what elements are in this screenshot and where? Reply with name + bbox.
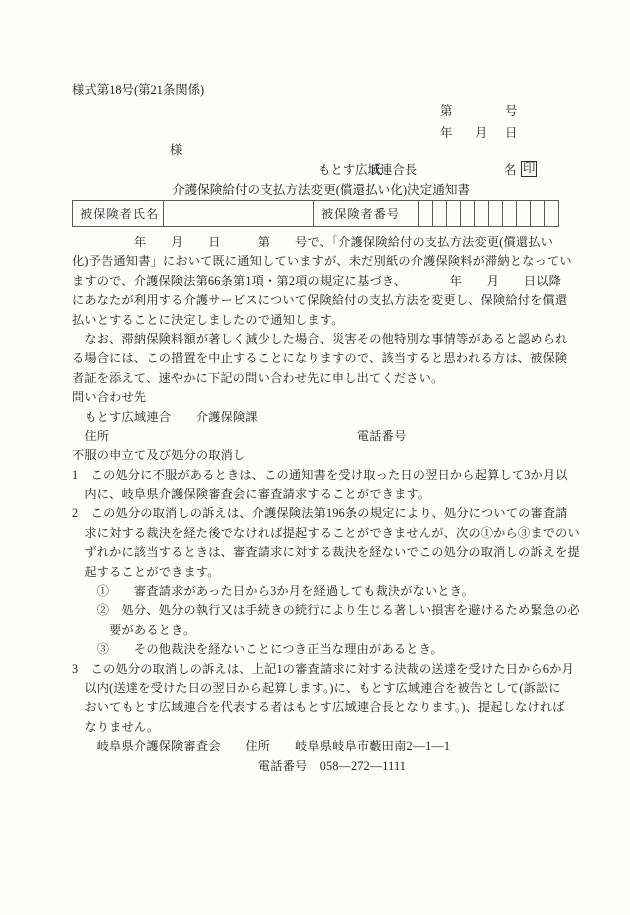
text-line: 岐阜県介護保険審査会 住所 岐阜県岐阜市藪田南2―1―1 bbox=[72, 737, 570, 756]
text-line: 電話番号 058―272―1111 bbox=[72, 757, 570, 776]
insured-number-cells bbox=[419, 200, 559, 227]
text-line: ① 審査請求があった日から3か月を経過しても裁決がないとき。 bbox=[72, 582, 570, 601]
text-line: 不服の申立て及び処分の取消し bbox=[72, 446, 570, 465]
insured-number-label: 被保険者番号 bbox=[313, 200, 419, 227]
text-line: ますので、介護保険法第66条第1項・第2項の規定に基づき、 年 月 日以降 bbox=[72, 272, 570, 291]
issue-date-month-label: 月 bbox=[475, 126, 487, 140]
insured-name-label: 被保険者氏名 bbox=[72, 200, 164, 227]
text-line: おいてもとす広域連合を代表する者はもとす広域連合長となります。)、提起しなければ bbox=[72, 698, 570, 717]
text-line: 2 この処分の取消しの訴えは、介護保険法第196条の規定により、処分についての審… bbox=[72, 504, 570, 523]
text-line: 化)予告通知書」において既に通知していますが、未だ別紙の介護保険料が滞納となって… bbox=[72, 252, 570, 271]
document-page: 様式第18号(第21条関係) 第 号 年 月 日 様 もとす広域連合長 氏 名 … bbox=[0, 0, 630, 915]
issuer-title: もとす広域連合長 bbox=[318, 163, 417, 177]
document-title: 介護保険給付の支払方法変更(償還払い化)決定通知書 bbox=[72, 179, 570, 198]
insured-info-table: 被保険者氏名 被保険者番号 bbox=[72, 200, 570, 227]
issuer-surname-label: 氏 bbox=[370, 163, 382, 177]
seal-mark: 印 bbox=[521, 161, 537, 177]
document-content: 様式第18号(第21条関係) 第 号 年 月 日 様 もとす広域連合長 氏 名 … bbox=[72, 83, 570, 776]
text-line: 起することができます。 bbox=[72, 563, 570, 582]
issuer-givenname-label: 名 bbox=[504, 163, 516, 177]
text-line: 求に対する裁決を経た後でなければ提起することができませんが、次の①から③までのい bbox=[72, 524, 570, 543]
insured-number-digit-box bbox=[446, 200, 461, 227]
text-line: 要があるとき。 bbox=[72, 621, 570, 640]
addressee-honorific: 様 bbox=[170, 143, 182, 157]
text-line: なりません。 bbox=[72, 718, 570, 737]
text-line: る場合には、この措置を中止することになりますので、該当すると思われる方は、被保険 bbox=[72, 349, 570, 368]
text-line: なお、滞納保険料額が著しく減少した場合、災害その他特別な事情等があると認められ bbox=[72, 330, 570, 349]
text-line: 3 この処分の取消しの訴えは、上記1の審査請求に対する決裁の送達を受けた日から6… bbox=[72, 660, 570, 679]
insured-number-digit-box bbox=[432, 200, 447, 227]
insured-name-field bbox=[163, 200, 314, 227]
issue-number-prefix: 第 bbox=[440, 104, 452, 118]
text-line: 内に、岐阜県介護保険審査会に審査請求することができます。 bbox=[72, 485, 570, 504]
issue-date-day-label: 日 bbox=[505, 126, 517, 140]
text-line: もとす広域連合 介護保険課 bbox=[72, 408, 570, 427]
issue-date-year-label: 年 bbox=[440, 126, 452, 140]
insured-number-digit-box bbox=[460, 200, 475, 227]
insured-number-digit-box bbox=[418, 200, 433, 227]
text-line: 年 月 日 第 号で、「介護保険給付の支払方法変更(償還払い bbox=[72, 233, 570, 252]
text-line: ③ その他裁決を経ないことにつき正当な理由があるとき。 bbox=[72, 640, 570, 659]
text-line: 住所 電話番号 bbox=[72, 427, 570, 446]
seal-box: 印 bbox=[521, 161, 537, 177]
issue-number-suffix: 号 bbox=[505, 104, 517, 118]
insured-number-digit-box bbox=[516, 200, 531, 227]
insured-number-digit-box bbox=[474, 200, 489, 227]
text-line: 1 この処分に不服があるときは、この通知書を受け取った日の翌日から起算して3か月… bbox=[72, 466, 570, 485]
insured-number-digit-box bbox=[502, 200, 517, 227]
text-line: ② 処分、処分の執行又は手続きの続行により生じる著しい損害を避けるため緊急の必 bbox=[72, 601, 570, 620]
text-line: にあなたが利用する介護サービスについて保険給付の支払方法を変更し、保険給付を償還 bbox=[72, 291, 570, 310]
form-number: 様式第18号(第21条関係) bbox=[72, 83, 204, 97]
insured-number-digit-box bbox=[488, 200, 503, 227]
text-line: 問い合わせ先 bbox=[72, 388, 570, 407]
document-header: 様式第18号(第21条関係) 第 号 年 月 日 様 もとす広域連合長 氏 名 … bbox=[72, 83, 570, 200]
text-line: 以内(送達を受けた日の翌日から起算します。)に、もとす広域連合を被告として(訴訟… bbox=[72, 679, 570, 698]
text-line: ずれかに該当するときは、審査請求に対する裁決を経ないでこの処分の取消しの訴えを提 bbox=[72, 543, 570, 562]
insured-number-digit-box bbox=[544, 200, 559, 227]
text-line: 払いとすることに決定しましたので通知します。 bbox=[72, 311, 570, 330]
insured-number-digit-box bbox=[530, 200, 545, 227]
body-text: 年 月 日 第 号で、「介護保険給付の支払方法変更(償還払い化)予告通知書」にお… bbox=[72, 233, 570, 776]
text-line: 者証を添えて、速やかに下記の問い合わせ先に申し出てください。 bbox=[72, 369, 570, 388]
